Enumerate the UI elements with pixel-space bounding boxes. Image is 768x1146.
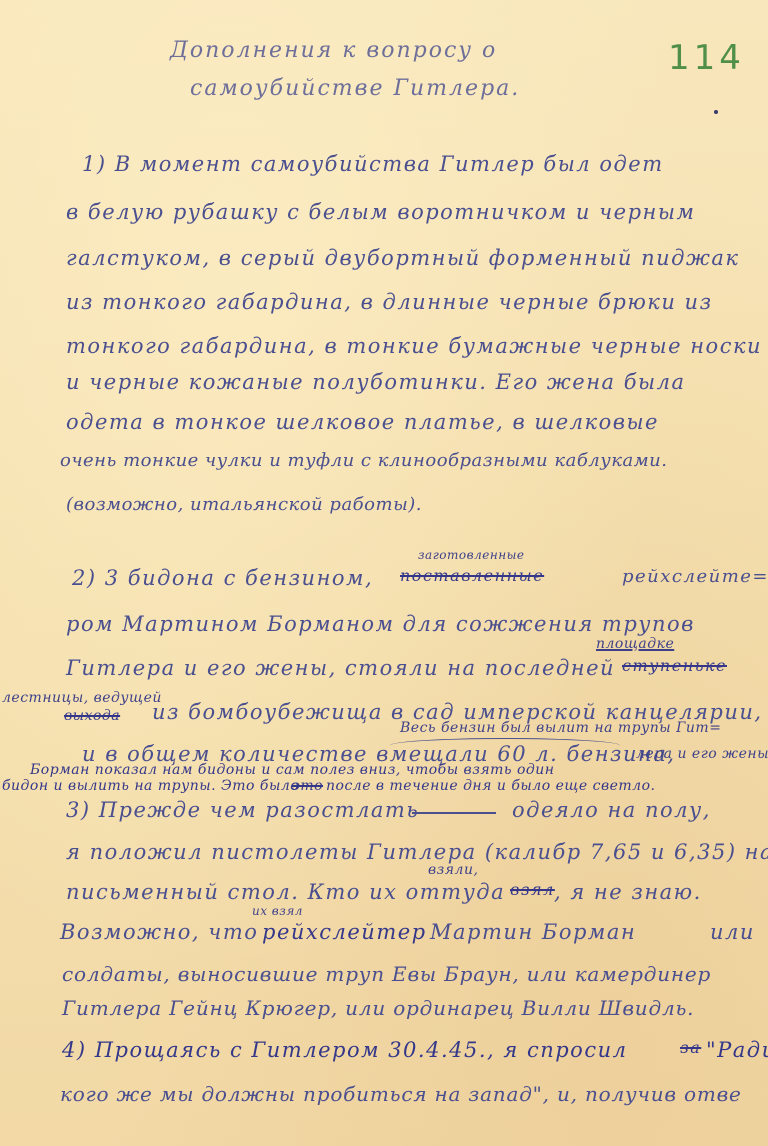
section3-insertion-3: взяли,	[428, 862, 478, 878]
scanned-handwritten-page: Дополнения к вопросу о самоубийстве Гитл…	[0, 0, 768, 1146]
section2-insertion-2: площадке	[596, 636, 674, 652]
section2-line-3-start: Гитлера и его жены, стояли на последней	[66, 656, 615, 680]
section2-line-1-end: рейхслейте=	[622, 566, 768, 587]
section1-line-1: 1) В момент самоубийства Гитлер был одет	[82, 152, 664, 176]
title-line-1: Дополнения к вопросу о	[170, 38, 497, 63]
section1-line-2: в белую рубашку с белым воротничком и че…	[66, 200, 695, 224]
page-number: 114	[668, 38, 745, 78]
section3-line-1-end: одеяло на полу,	[512, 798, 711, 822]
section2-line-4-struck: выхода	[64, 708, 120, 724]
section3-line-1-start: 3) Прежде чем разостлать	[66, 798, 419, 822]
section4-line-1-struck: за	[680, 1038, 701, 1057]
section1-line-3: галстуком, в серый двубортный форменный …	[66, 246, 739, 270]
section4-line-1-start: 4) Прощаясь с Гитлером 30.4.45., я спрос…	[62, 1038, 627, 1062]
section1-line-4: из тонкого габардина, в длинные черные б…	[66, 290, 713, 314]
section3-line-4-mid: рейхслейтер	[262, 920, 427, 944]
section2-line-3-struck: ступеньке	[622, 656, 727, 675]
section3-line-6: Гитлера Гейнц Крюгер, или ординарец Вилл…	[62, 996, 694, 1020]
section3-line-3-start: письменный стол. Кто их оттуда	[66, 880, 505, 904]
section3-line-2: я положил пистолеты Гитлера (калибр 7,65…	[66, 840, 768, 864]
section2-line-2: ром Мартином Борманом для сожжения трупо…	[66, 612, 695, 636]
section3-line-3-struck: взял	[510, 880, 555, 899]
section3-line-3-end: , я не знаю.	[554, 880, 702, 904]
section3-line-4-tail: или	[710, 920, 755, 944]
section2-margin-insert: лестницы, ведущей	[2, 690, 162, 706]
section1-line-5: тонкого габардина, в тонкие бумажные чер…	[66, 334, 762, 358]
section1-line-9: (возможно, итальянской работы).	[66, 494, 422, 515]
section2-line-1-start: 2) 3 бидона с бензином,	[72, 566, 373, 590]
section3-line-4-end: Мартин Борман	[430, 920, 636, 944]
section2-note-upper: Весь бензин был вылит на трупы Гит=	[400, 720, 721, 736]
section2-note-line-2-start: бидон и вылить на трупы. Это было	[2, 778, 299, 794]
section2-line-1-struck: поставленные	[400, 566, 544, 585]
section1-line-8: очень тонкие чулки и туфли с клинообразн…	[60, 450, 667, 471]
title-line-2: самоубийстве Гитлера.	[190, 76, 520, 101]
section1-line-6: и черные кожаные полуботинки. Его жена б…	[66, 370, 686, 394]
section2-note-line-1: Борман показал нам бидоны и сам полез вн…	[30, 762, 554, 778]
section2-line-5-end: лера и его жены.	[636, 746, 768, 762]
section2-note-line-2-struck: это	[292, 778, 323, 794]
section2-insertion: заготовленные	[418, 548, 525, 562]
section3-line-4-start: Возможно, что	[60, 920, 258, 944]
ink-dot	[714, 110, 718, 114]
section4-line-1-end: "Ради	[706, 1038, 768, 1062]
section3-line-5: солдаты, выносившие труп Евы Браун, или …	[62, 962, 711, 986]
section3-insertion-4: их взял	[252, 904, 303, 918]
section1-line-7: одета в тонкое шелковое платье, в шелков…	[66, 410, 659, 434]
blank-dash	[412, 812, 496, 814]
section4-line-2: кого же мы должны пробиться на запад", и…	[60, 1082, 742, 1106]
section2-note-line-2-end: после в течение дня и было еще светло.	[326, 778, 655, 794]
